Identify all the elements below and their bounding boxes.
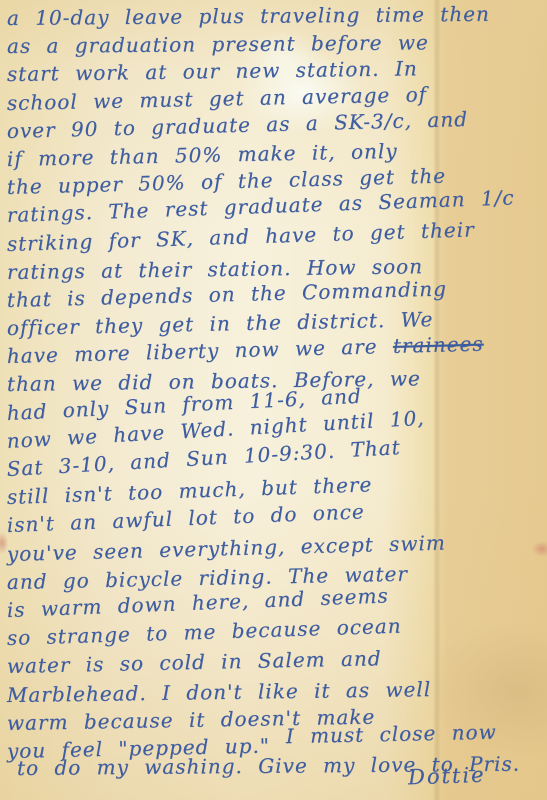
letter-body: a 10-day leave plus traveling time then … [0,0,547,800]
signature: Dottie [408,763,486,790]
letter-page: a 10-day leave plus traveling time then … [0,0,547,800]
crossed-out-word: trainees [393,332,484,358]
letter-line-aside: I must close now [286,720,497,748]
